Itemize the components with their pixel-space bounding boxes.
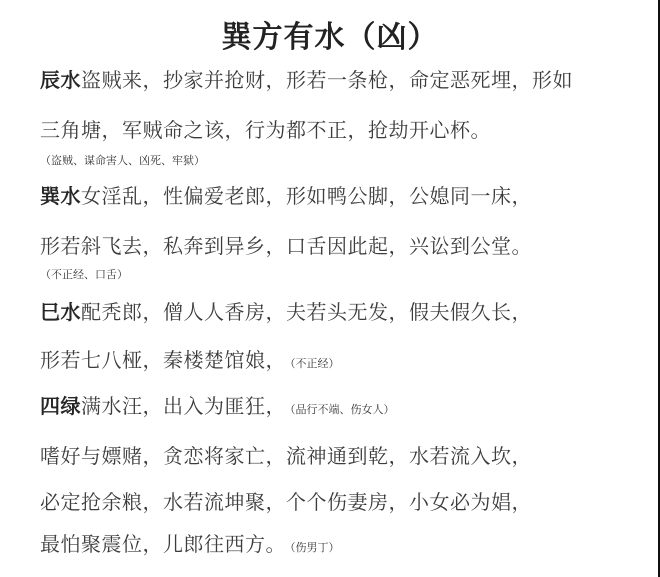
section-head-xunshui: 巽水 xyxy=(40,184,81,208)
section-silv-line-4: 最怕聚震位，儿郎往西方。（伤男丁） xyxy=(40,528,340,557)
section-sishui-line-1: 巳水配秃郎，僧人人香房，夫若头无发，假夫假久长， xyxy=(40,296,532,325)
section-sishui-line-2: 形若七八桠，秦楼楚馆娘，（不正经） xyxy=(40,344,340,373)
section-xunshui-line-2: 形若斜飞去，私奔到异乡，口舌因此起，兴讼到公堂。 xyxy=(40,230,532,259)
page-title: 巽方有水（凶） xyxy=(0,12,660,56)
section-head-silv: 四绿 xyxy=(40,394,81,418)
section-chenshui-line-2: 三角塘，军贼命之该，行为都不正，抢劫开心杯。 xyxy=(40,114,491,143)
section-silv-line-2: 嗜好与嫖赌，贪恋将家亡，流神通到乾，水若流入坎， xyxy=(40,440,532,469)
section-text: 满水汪，出入为匪狂， xyxy=(81,394,286,418)
section-text: 形若斜飞去，私奔到异乡，口舌因此起，兴讼到公堂。 xyxy=(40,234,532,258)
section-silv-note-1: （品行不端、伤女人） xyxy=(290,403,395,416)
section-xunshui-note: （不正经、口舌） xyxy=(40,266,128,282)
section-silv-note-2: （伤男丁） xyxy=(290,541,340,554)
section-sishui-note: （不正经） xyxy=(290,357,340,370)
section-chenshui-note: （盗贼、谋命害人、凶死、牢狱） xyxy=(40,152,205,168)
section-head-sishui: 巳水 xyxy=(40,300,81,324)
section-text: 女淫乱，性偏爱老郎，形如鸭公脚，公媳同一床， xyxy=(81,184,532,208)
section-chenshui-line-1: 辰水盗贼来，抄家并抢财，形若一条枪，命定恶死埋，形如 xyxy=(40,64,573,93)
section-text: 形若七八桠，秦楼楚馆娘， xyxy=(40,348,286,372)
section-text: 三角塘，军贼命之该，行为都不正，抢劫开心杯。 xyxy=(40,118,491,142)
section-text: 配秃郎，僧人人香房，夫若头无发，假夫假久长， xyxy=(81,300,532,324)
section-text: 嗜好与嫖赌，贪恋将家亡，流神通到乾，水若流入坎， xyxy=(40,444,532,468)
section-text: 最怕聚震位，儿郎往西方。 xyxy=(40,532,286,556)
section-head-chenshui: 辰水 xyxy=(40,68,81,92)
section-text: 必定抢余粮，水若流坤聚，个个伤妻房，小女必为娼， xyxy=(40,490,532,514)
section-silv-line-1: 四绿满水汪，出入为匪狂，（品行不端、伤女人） xyxy=(40,390,395,419)
section-xunshui-line-1: 巽水女淫乱，性偏爱老郎，形如鸭公脚，公媳同一床， xyxy=(40,180,532,209)
section-silv-line-3: 必定抢余粮，水若流坤聚，个个伤妻房，小女必为娼， xyxy=(40,486,532,515)
section-text: 盗贼来，抄家并抢财，形若一条枪，命定恶死埋，形如 xyxy=(81,68,573,92)
